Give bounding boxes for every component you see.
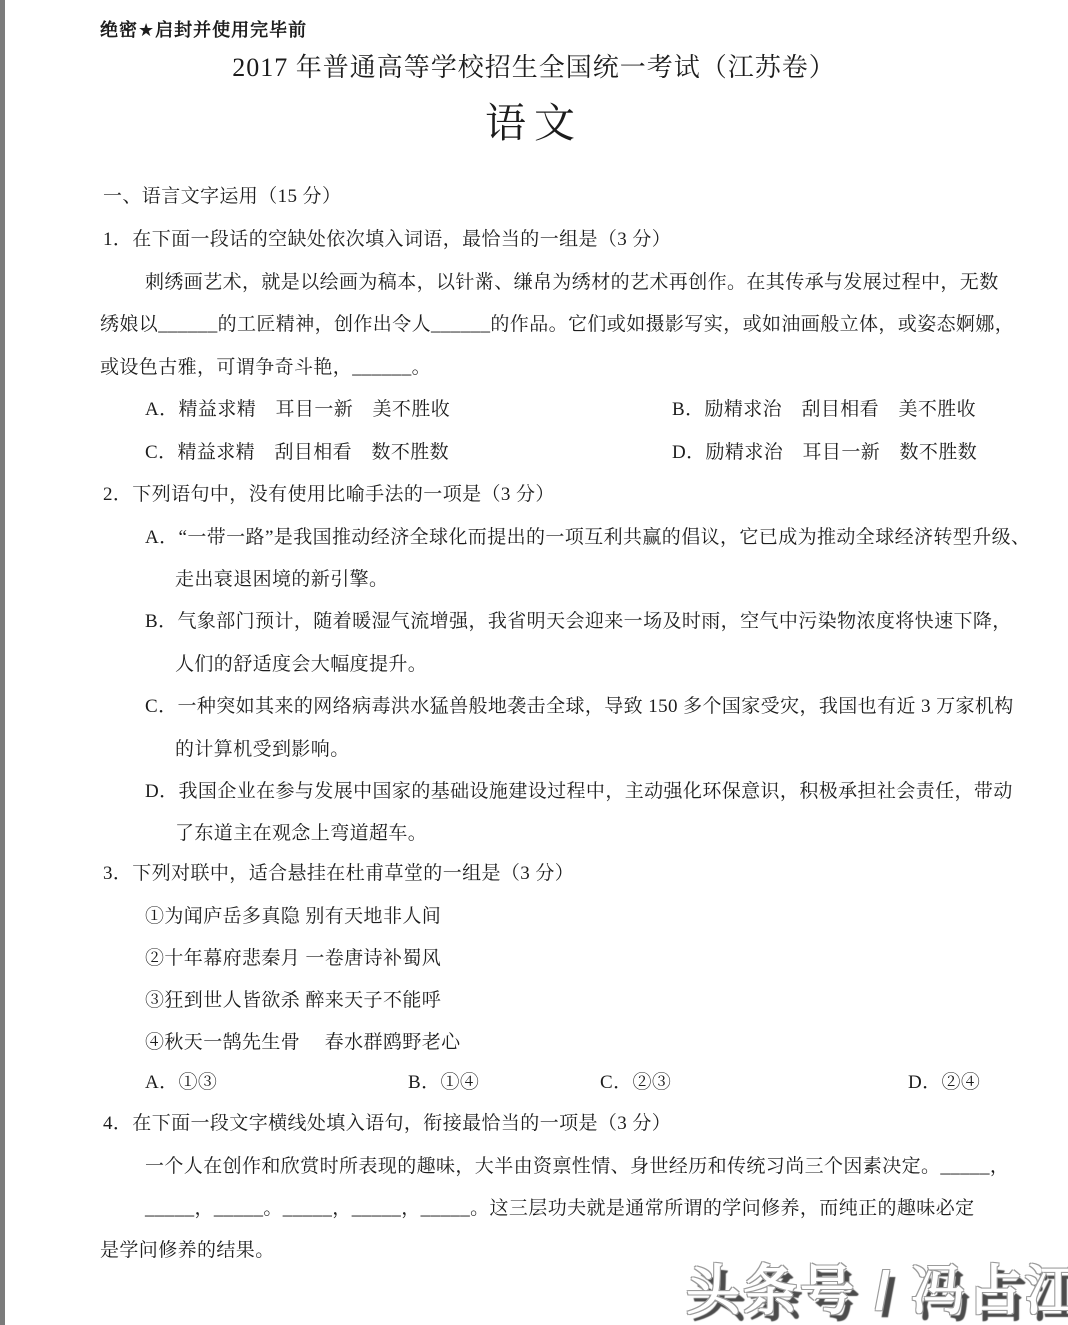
question-3-option-a: A．①③ xyxy=(145,1072,217,1094)
question-1-option-c: C．精益求精 刮目相看 数不胜数 xyxy=(145,442,449,464)
question-3-couplet-2: ②十年幕府悲秦月 一卷唐诗补蜀风 xyxy=(145,948,441,970)
question-2-option-b-line-1: B．气象部门预计，随着暖湿气流增强，我省明天会迎来一场及时雨，空气中污染物浓度将… xyxy=(145,611,1012,633)
question-2-option-d-line-1: D．我国企业在参与发展中国家的基础设施建设过程中，主动强化环保意识，积极承担社会… xyxy=(145,781,1013,803)
question-3-option-c: C．②③ xyxy=(600,1072,671,1094)
question-4-passage-line-1: 一个人在创作和欣赏时所表现的趣味，大半由资禀性情、身世经历和传统习尚三个因素决定… xyxy=(145,1156,1009,1178)
question-2-option-d-line-2: 了东道主在观念上弯道超车。 xyxy=(175,823,427,845)
question-3-couplet-3: ③狂到世人皆欲杀 醉来天子不能呼 xyxy=(145,990,441,1012)
question-2-option-a-line-2: 走出衰退困境的新引擎。 xyxy=(175,569,388,591)
question-3-couplet-4: ④秋天一鹄先生骨 春水群鸥野老心 xyxy=(145,1032,461,1054)
question-4-passage-line-3: 是学问修养的结果。 xyxy=(100,1240,275,1262)
question-3-couplet-1: ①为闻庐岳多真隐 别有天地非人间 xyxy=(145,906,441,928)
question-2-option-b-line-2: 人们的舒适度会大幅度提升。 xyxy=(175,654,427,676)
question-3-option-b: B．①④ xyxy=(408,1072,479,1094)
question-3-stem: 3．下列对联中，适合悬挂在杜甫草堂的一组是（3 分） xyxy=(103,863,574,885)
section-heading: 一、语言文字运用（15 分） xyxy=(103,186,341,208)
question-2-option-a-line-1: A．“一带一路”是我国推动经济全球化而提出的一项互利共赢的倡议，它已成为推动全球… xyxy=(145,527,1030,549)
question-4-stem: 4．在下面一段文字横线处填入语句，衔接最恰当的一项是（3 分） xyxy=(103,1113,671,1135)
question-1-passage-line-1: 刺绣画艺术，就是以绘画为稿本，以针黹、缣帛为绣材的艺术再创作。在其传承与发展过程… xyxy=(145,272,999,294)
question-2-option-c-line-2: 的计算机受到影响。 xyxy=(175,739,350,761)
question-1-option-b: B．励精求治 刮目相看 美不胜收 xyxy=(672,399,976,421)
question-2-option-c-line-1: C．一种突如其来的网络病毒洪水猛兽般地袭击全球，导致 150 多个国家受灾，我国… xyxy=(145,696,1014,718)
subject-title: 语文 xyxy=(0,100,1068,147)
classification-label: 绝密★启封并使用完毕前 xyxy=(100,20,307,41)
exam-title: 2017 年普通高等学校招生全国统一考试（江苏卷） xyxy=(0,53,1068,83)
question-3-option-d: D．②④ xyxy=(908,1072,980,1094)
page-edge-strip xyxy=(0,0,5,1325)
question-1-option-d: D．励精求治 耳目一新 数不胜数 xyxy=(672,442,977,464)
watermark: 头条号 / 冯占江 xyxy=(686,1248,1068,1325)
question-1-passage-line-3: 或设色古雅，可谓争奇斗艳，______。 xyxy=(100,357,431,379)
question-1-option-a: A．精益求精 耳目一新 美不胜收 xyxy=(145,399,450,421)
question-2-stem: 2．下列语句中，没有使用比喻手法的一项是（3 分） xyxy=(103,484,555,506)
question-4-passage-line-2: _____，_____。_____，_____，_____。这三层功夫就是通常所… xyxy=(145,1198,975,1220)
question-1-stem: 1．在下面一段话的空缺处依次填入词语，最恰当的一组是（3 分） xyxy=(103,229,671,251)
question-1-passage-line-2: 绣娘以______的工匠精神，创作出令人______的作品。它们或如摄影写实，或… xyxy=(100,314,1014,336)
